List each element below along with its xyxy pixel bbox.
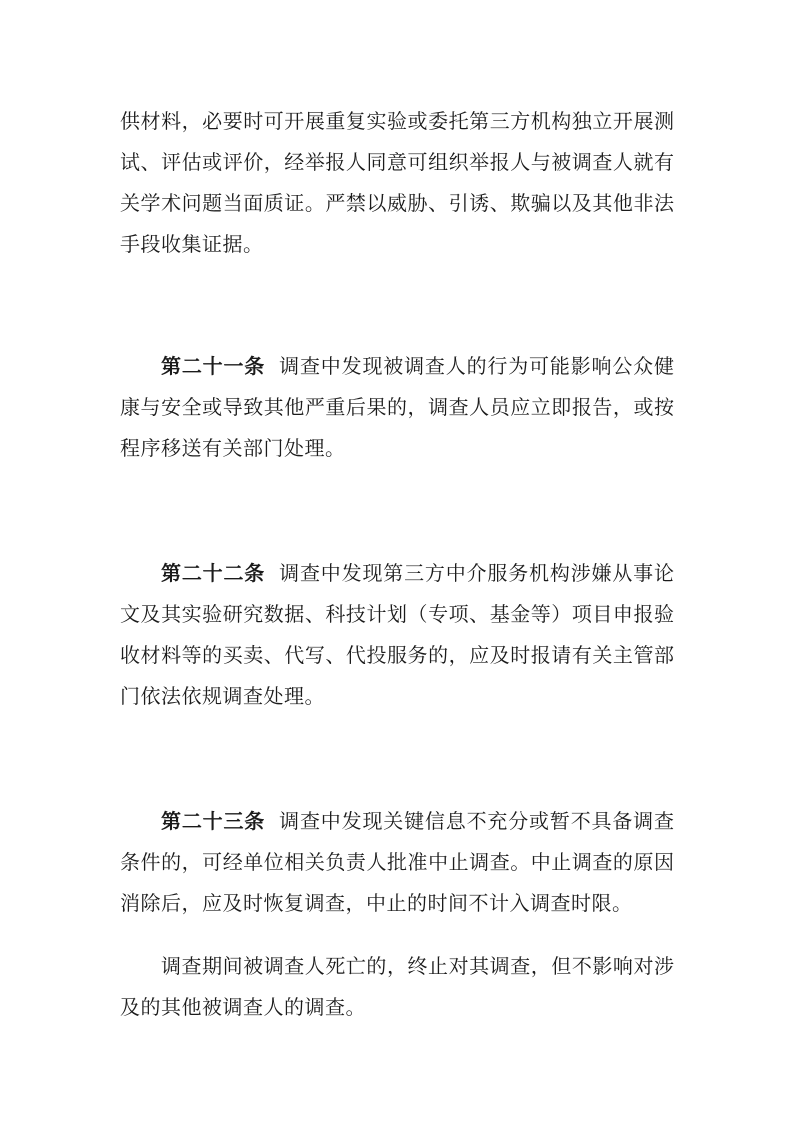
paragraph-article-22: 第二十二条调查中发现第三方中介服务机构涉嫌从事论 文及其实验研究数据、科技计划（… xyxy=(120,554,674,718)
text-line: 康与安全或导致其他严重后果的，调查人员应立即报告，或按 xyxy=(120,388,674,429)
text-line: 第二十一条调查中发现被调查人的行为可能影响公众健 xyxy=(120,347,674,388)
text-line: 关学术问题当面质证。严禁以威胁、引诱、欺骗以及其他非法 xyxy=(120,184,674,225)
text-line: 程序移送有关部门处理。 xyxy=(120,429,674,470)
text-line: 消除后，应及时恢复调查，中止的时间不计入调查时限。 xyxy=(120,884,674,925)
text-line: 文及其实验研究数据、科技计划（专项、基金等）项目申报验 xyxy=(120,595,674,636)
paragraph-continuation: 供材料，必要时可开展重复实验或委托第三方机构独立开展测 试、评估或评价，经举报人… xyxy=(120,102,674,266)
article-first-line-text: 调查中发现第三方中介服务机构涉嫌从事论 xyxy=(279,563,674,585)
article-number: 第二十二条 xyxy=(161,563,265,585)
text-line: 门依法依规调查处理。 xyxy=(120,677,674,718)
paragraph-article-23: 第二十三条调查中发现关键信息不充分或暂不具备调查 条件的，可经单位相关负责人批准… xyxy=(120,802,674,925)
document-body: 供材料，必要时可开展重复实验或委托第三方机构独立开展测 试、评估或评价，经举报人… xyxy=(120,0,674,1029)
article-first-line-text: 调查中发现关键信息不充分或暂不具备调查 xyxy=(279,811,674,833)
text-line: 条件的，可经单位相关负责人批准中止调查。中止调查的原因 xyxy=(120,843,674,884)
article-number: 第二十一条 xyxy=(161,356,265,378)
text-line: 第二十三条调查中发现关键信息不充分或暂不具备调查 xyxy=(120,802,674,843)
text-line: 第二十二条调查中发现第三方中介服务机构涉嫌从事论 xyxy=(120,554,674,595)
text-line: 手段收集证据。 xyxy=(120,225,674,266)
text-line: 试、评估或评价，经举报人同意可组织举报人与被调查人就有 xyxy=(120,143,674,184)
text-line: 供材料，必要时可开展重复实验或委托第三方机构独立开展测 xyxy=(120,102,674,143)
text-line: 及的其他被调查人的调查。 xyxy=(120,988,674,1029)
article-first-line-text: 调查中发现被调查人的行为可能影响公众健 xyxy=(279,356,674,378)
text-line: 收材料等的买卖、代写、代投服务的，应及时报请有关主管部 xyxy=(120,636,674,677)
document-page: 供材料，必要时可开展重复实验或委托第三方机构独立开展测 试、评估或评价，经举报人… xyxy=(0,0,793,1122)
paragraph-article-23-sub: 调查期间被调查人死亡的，终止对其调查，但不影响对涉 及的其他被调查人的调查。 xyxy=(120,947,674,1029)
paragraph-article-21: 第二十一条调查中发现被调查人的行为可能影响公众健 康与安全或导致其他严重后果的，… xyxy=(120,347,674,470)
article-number: 第二十三条 xyxy=(161,811,265,833)
text-line: 调查期间被调查人死亡的，终止对其调查，但不影响对涉 xyxy=(120,947,674,988)
